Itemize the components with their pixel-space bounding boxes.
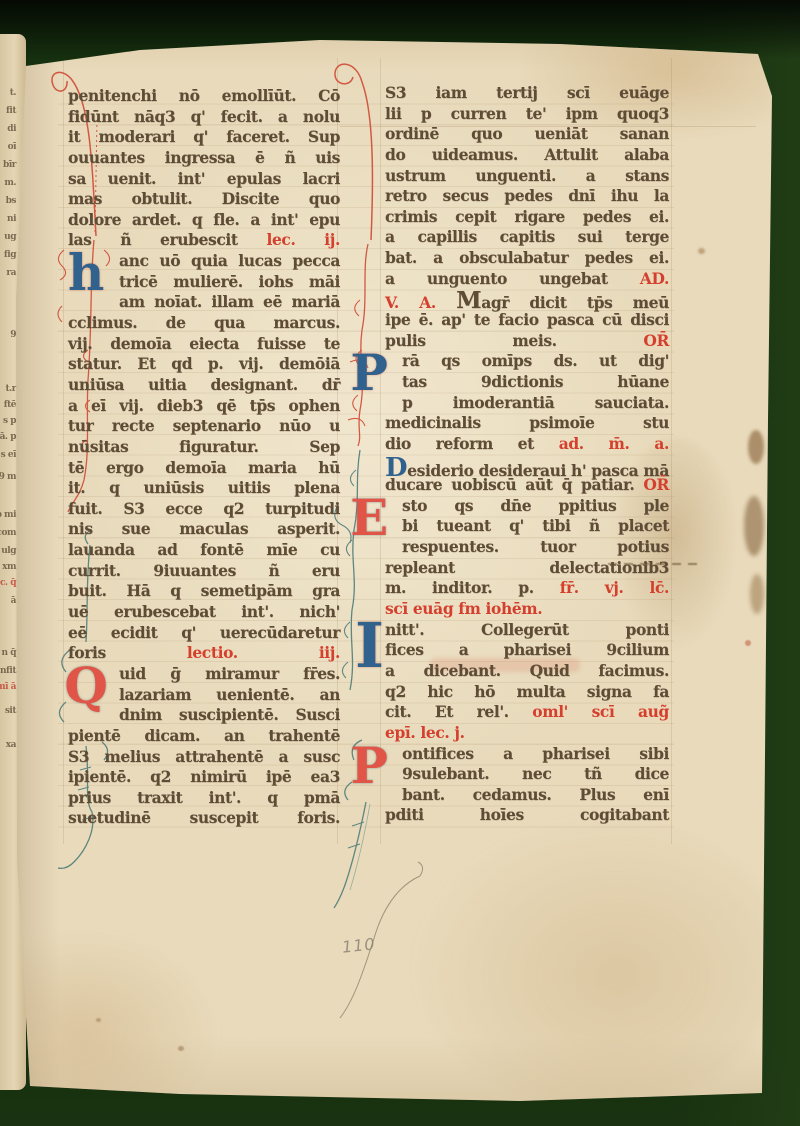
manuscript-line: a dicebant. Quid facimus.	[385, 661, 669, 682]
vertical-ruling	[671, 58, 672, 844]
body-text: dio reform et	[385, 434, 559, 453]
manuscript-line: cit. Et rel'. oml' scī aug̃	[385, 702, 669, 723]
manuscript-line: fuit. S3 ecce q2 turpitudi	[68, 499, 340, 520]
manuscript-line: it. q uniūsis uitiis plena	[68, 478, 340, 499]
manuscript-line: epī. lec. j.	[385, 723, 669, 744]
manuscript-line: eē ecidit q' uerecūdaretur	[68, 623, 340, 644]
body-text: lauanda ad fontē mīe cu	[68, 540, 340, 559]
facing-page-text-fragment: s eī	[1, 450, 16, 460]
manuscript-line: nūsitas figuratur. Sep	[68, 437, 340, 458]
facing-page-text-fragment: nfit	[0, 666, 16, 676]
facing-page-text-fragment: bs	[6, 196, 16, 206]
spot	[698, 248, 705, 254]
rubric-text: OR̄	[643, 475, 669, 494]
body-text: fuit. S3 ecce q2 turpitudi	[68, 499, 340, 518]
text-block: Esto qs dn̄e ppitius plebi tueant q' tib…	[385, 496, 669, 620]
body-text: buit. Hā q semetipām gra	[68, 581, 340, 600]
body-text: sto qs dn̄e ppitius ple	[402, 496, 669, 515]
body-text: sa uenit. int' epulas lacri	[68, 169, 340, 188]
body-text: tricē mulierē. iohs māi	[119, 272, 340, 291]
left-text-column: penitenchi nō emollīūt. Cōfidūnt nāq3 q'…	[68, 86, 340, 829]
manuscript-line: retro secus pedes dnī ihu la	[385, 186, 669, 207]
manuscript-line: fidūnt nāq3 q' fecit. a nolu	[68, 107, 340, 128]
facing-page-text-fragment: mī ā	[0, 682, 16, 692]
body-text: cit. Et rel'.	[385, 702, 532, 721]
body-text: dnim suscipientē. Susci	[119, 705, 340, 724]
manuscript-line: it moderari q' faceret. Sup	[68, 127, 340, 148]
manuscript-line: respuentes. tuor potius	[385, 537, 669, 558]
body-text: do uideamus. Attulit alaba	[385, 145, 669, 164]
manuscript-line: Desiderio desideraui h' pasca mā	[385, 455, 669, 476]
illuminated-initial: P	[341, 352, 397, 395]
manuscript-line: repleant delectationib3	[385, 558, 669, 579]
parchment-page: penitenchi nō emollīūt. Cōfidūnt nāq3 q'…	[0, 0, 800, 1126]
body-text: bant. cedamus. Plus enī	[402, 785, 669, 804]
manuscript-line: penitenchi nō emollīūt. Cō	[68, 86, 340, 107]
facing-page-text-fragment: ftē	[4, 400, 16, 410]
rubric-text: epī. lec. j.	[385, 723, 465, 742]
manuscript-line: prius traxit int'. q pmā	[68, 788, 340, 809]
edge-stain	[748, 430, 764, 464]
body-text: 9sulebant. nec tñ dice	[402, 764, 669, 783]
manuscript-line: lauanda ad fontē mīe cu	[68, 540, 340, 561]
body-text: uē erubescebat int'. nich'	[68, 602, 340, 621]
manuscript-line: ontifices a pharisei sibi	[385, 744, 669, 765]
stain-bottom-left	[0, 930, 220, 1120]
body-text: nis sue maculas asperit.	[68, 519, 340, 538]
manuscript-line: nitt'. Collegerūt ponti	[385, 620, 669, 641]
body-text: nūsitas figuratur. Sep	[68, 437, 340, 456]
manuscript-line: tur recte septenario nūo u	[68, 416, 340, 437]
manuscript-line: dio reform et ad. m̄. a.	[385, 434, 669, 455]
manuscript-line: buit. Hā q semetipām gra	[68, 581, 340, 602]
body-text: q2 hic hō multa signa fa	[385, 682, 669, 701]
vertical-ruling	[63, 58, 64, 844]
body-text: lii p curren te' ipm quoq3	[385, 104, 669, 123]
text-block: hanc uō quia lucas peccatricē mulierē. i…	[68, 251, 340, 664]
manuscript-line: am noīat. illam eē mariā	[68, 292, 340, 313]
manuscript-line: crimis cepit rigare pedes ei.	[385, 207, 669, 228]
body-text: a dicebant. Quid facimus.	[385, 661, 669, 680]
manuscript-line: ordinē quo ueniāt sanan	[385, 124, 669, 145]
manuscript-line: las ñ erubescit lec. ij.	[68, 230, 340, 251]
facing-page-text-fragment: n q̄	[2, 648, 16, 658]
manuscript-line: foris lectio. iij.	[68, 643, 340, 664]
manuscript-line: uniūsa uitia designant. dr̄	[68, 375, 340, 396]
body-text: medicinalis psimoīe stu	[385, 413, 669, 432]
edge-stain	[750, 574, 764, 614]
manuscript-line: S3 melius attrahentē a susc	[68, 747, 340, 768]
body-text: prius traxit int'. q pmā	[68, 788, 340, 807]
manuscript-line: S3 iam tertij scī euāge	[385, 83, 669, 104]
manuscript-line: uē erubescebat int'. nich'	[68, 602, 340, 623]
manuscript-line: ipientē. q2 nimirū ipē ea3	[68, 767, 340, 788]
manuscript-line: do uideamus. Attulit alaba	[385, 145, 669, 166]
rubric-text: fr̄. vj. lc̄.	[560, 578, 669, 597]
manuscript-line: a eī vij. dieb3 qē tp̄s ophen	[68, 396, 340, 417]
body-text: bi tueant q' tibi ñ placet	[402, 516, 669, 535]
body-text: ipe ē. ap' te facio pasca cū disci	[385, 310, 669, 329]
facing-page-text-fragment: ā. p	[0, 432, 16, 442]
manuscript-line: bant. cedamus. Plus enī	[385, 785, 669, 806]
body-text: pientē dicam. an trahentē	[68, 726, 340, 745]
manuscript-line: cclimus. de qua marcus.	[68, 313, 340, 334]
text-block: S3 iam tertij scī euāgelii p curren te' …	[385, 83, 669, 289]
manuscript-line: bat. a obsculabatur pedes ei.	[385, 248, 669, 269]
manuscript-line: medicinalis psimoīe stu	[385, 413, 669, 434]
manuscript-line: dnim suscipientē. Susci	[68, 705, 340, 726]
manuscript-line: currit. 9iuuantes ñ eru	[68, 561, 340, 582]
body-text: ordinē quo ueniāt sanan	[385, 124, 669, 143]
manuscript-line: pientē dicam. an trahentē	[68, 726, 340, 747]
facing-page-text-fragment: di	[7, 124, 16, 134]
manuscript-line: ipe ē. ap' te facio pasca cū disci	[385, 310, 669, 331]
facing-page-text-fragment: ra	[6, 268, 16, 278]
manuscript-photo: t.fitdioībīrm.bsniugfigra9t.rftēs pā. ps…	[0, 0, 800, 1126]
manuscript-line: nis sue maculas asperit.	[68, 519, 340, 540]
facing-page-text-fragment: ni	[7, 214, 16, 224]
manuscript-line: scī euāg fm iohēm.	[385, 599, 669, 620]
body-text: am noīat. illam eē mariā	[119, 292, 340, 311]
body-text: ouuantes ingressa ē ñ uis	[68, 148, 340, 167]
rubric-text: lectio. iij.	[187, 643, 340, 662]
body-text: pditi hoīes cogitabant	[385, 805, 669, 824]
body-text: pulis meis.	[385, 331, 643, 350]
rubric-text: oml' scī aug̃	[532, 702, 669, 721]
body-text: statur. Et qd p. vij. demōiā	[68, 354, 340, 373]
facing-page-text-fragment: t.r	[5, 384, 16, 394]
body-text: uniūsa uitia designant. dr̄	[68, 375, 340, 394]
spot	[96, 1018, 101, 1022]
text-block: Initt'. Collegerūt pontifices a pharisei…	[385, 620, 669, 744]
body-text: ustrum unguenti. a stans	[385, 166, 669, 185]
edge-stain	[744, 496, 764, 556]
facing-page-text-fragment: sit	[5, 706, 16, 716]
facing-page-text-fragment: xm	[2, 562, 16, 572]
spot	[745, 640, 751, 646]
manuscript-line: m. inditor. p. fr̄. vj. lc̄.	[385, 578, 669, 599]
body-text: ipientē. q2 nimirū ipē ea3	[68, 767, 340, 786]
manuscript-line: rā qs omīps ds. ut dig'	[385, 351, 669, 372]
manuscript-line: statur. Et qd p. vij. demōiā	[68, 354, 340, 375]
rubric-text: OR̄	[643, 331, 669, 350]
body-text: p imoderantiā sauciata.	[402, 393, 669, 412]
facing-page-text-fragment: fit	[6, 106, 16, 116]
folio-number-pencil: 110	[341, 934, 376, 956]
body-text: S3 iam tertij scī euāge	[385, 83, 669, 102]
manuscript-line: a capillis capitis sui terge	[385, 227, 669, 248]
text-block: Pontifices a pharisei sibi9sulebant. nec…	[385, 744, 669, 827]
body-text: it moderari q' faceret. Sup	[68, 127, 340, 146]
text-block: penitenchi nō emollīūt. Cōfidūnt nāq3 q'…	[68, 86, 340, 251]
body-text: rā qs omīps ds. ut dig'	[402, 351, 669, 370]
facing-page-text-fragment: xa	[6, 740, 16, 750]
manuscript-line: mas obtulit. Discite quo	[68, 189, 340, 210]
body-text: nitt'. Collegerūt ponti	[385, 620, 669, 639]
body-text: tē ergo demoīa maria hū	[68, 458, 340, 477]
manuscript-line: q2 hic hō multa signa fa	[385, 682, 669, 703]
manuscript-line: fices a pharisei 9cilium	[385, 640, 669, 661]
body-text: respuentes. tuor potius	[402, 537, 669, 556]
body-text: lazariam uenientē. an	[119, 685, 340, 704]
body-text: a capillis capitis sui terge	[385, 227, 669, 246]
body-text: uid ḡ miramur fr̄es.	[119, 664, 340, 683]
body-text: anc uō quia lucas pecca	[119, 251, 340, 270]
manuscript-line: 9sulebant. nec tñ dice	[385, 764, 669, 785]
manuscript-line: pditi hoīes cogitabant	[385, 805, 669, 826]
body-text: bat. a obsculabatur pedes ei.	[385, 248, 669, 267]
manuscript-line: lii p curren te' ipm quoq3	[385, 104, 669, 125]
body-text: ducare uobiscū aūt q̄ patiar.	[385, 475, 643, 494]
illuminated-initial: I	[355, 621, 375, 684]
manuscript-line: sto qs dn̄e ppitius ple	[385, 496, 669, 517]
body-text: retro secus pedes dnī ihu la	[385, 186, 669, 205]
manuscript-line: tē ergo demoīa maria hū	[68, 458, 340, 479]
illuminated-initial: Q	[58, 665, 114, 708]
vertical-ruling	[380, 58, 381, 844]
body-text: m. inditor. p.	[385, 578, 560, 597]
illuminated-initial: h	[58, 252, 114, 295]
body-text: S3 melius attrahentē a susc	[68, 747, 340, 766]
text-block: Prā qs omīps ds. ut dig'tas 9dictionis h…	[385, 351, 669, 454]
body-text: penitenchi nō emollīūt. Cō	[68, 86, 340, 105]
right-text-column: S3 iam tertij scī euāgelii p curren te' …	[385, 83, 669, 826]
facing-page-text-fragment: ug	[4, 232, 16, 242]
body-text: fidūnt nāq3 q' fecit. a nolu	[68, 107, 340, 126]
facing-page-text-fragment: 9 m	[0, 472, 16, 482]
text-block: V. A. Magr̄ dicit tp̄s meūipe ē. ap' te …	[385, 289, 669, 351]
body-text: a unguento ungebat	[385, 269, 640, 288]
manuscript-line: p imoderantiā sauciata.	[385, 393, 669, 414]
body-text: cclimus. de qua marcus.	[68, 313, 340, 332]
facing-page-text-fragment: oī	[8, 142, 16, 152]
body-text: it. q uniūsis uitiis plena	[68, 478, 340, 497]
facing-page-text-fragment: com	[0, 528, 16, 538]
body-text: crimis cepit rigare pedes ei.	[385, 207, 669, 226]
facing-page-text-fragment: c. q̄	[0, 578, 16, 588]
rubric-text: scī euāg fm iohēm.	[385, 599, 542, 618]
manuscript-line: ouuantes ingressa ē ñ uis	[68, 148, 340, 169]
manuscript-line: ustrum unguenti. a stans	[385, 166, 669, 187]
manuscript-line: tas 9dictionis hūane	[385, 372, 669, 393]
body-text: tur recte septenario nūo u	[68, 416, 340, 435]
body-text: suetudinē suscepit foris.	[68, 808, 340, 827]
facing-page-text-fragment: t.	[10, 88, 16, 98]
facing-page-text-fragment: b mi	[0, 510, 16, 520]
facing-page-text-fragment: fig	[4, 250, 16, 260]
rubric-text: AD.	[640, 269, 669, 288]
illuminated-initial: E	[341, 497, 397, 540]
stain-bottom-right	[414, 816, 784, 1106]
manuscript-line: suetudinē suscepit foris.	[68, 808, 340, 829]
body-text: dolore ardet. q fle. a int' epu	[68, 210, 340, 229]
manuscript-line: pulis meis. OR̄	[385, 331, 669, 352]
body-text: eē ecidit q' uerecūdaretur	[68, 623, 340, 642]
facing-page-text-fragment: ā	[11, 596, 16, 606]
body-text: repleant delectationib3	[385, 558, 669, 577]
manuscript-line: sa uenit. int' epulas lacri	[68, 169, 340, 190]
spot	[178, 1046, 184, 1051]
body-text: mas obtulit. Discite quo	[68, 189, 340, 208]
body-text: fices a pharisei 9cilium	[385, 640, 669, 659]
facing-page-text-fragment: bīr	[3, 160, 16, 170]
text-block: Quid ḡ miramur fr̄es.lazariam uenientē. …	[68, 664, 340, 829]
body-text: vij. demoīa eiecta fuisse te	[68, 334, 340, 353]
manuscript-line: ducare uobiscū aūt q̄ patiar. OR̄	[385, 475, 669, 496]
rubric-text: lec. ij.	[266, 230, 340, 249]
manuscript-line: bi tueant q' tibi ñ placet	[385, 516, 669, 537]
manuscript-line: V. A. Magr̄ dicit tp̄s meū	[385, 289, 669, 310]
manuscript-line: vij. demoīa eiecta fuisse te	[68, 334, 340, 355]
body-text: a eī vij. dieb3 qē tp̄s ophen	[68, 396, 340, 415]
facing-page-text-fragment: ulg	[1, 546, 16, 556]
manuscript-line: a unguento ungebat AD.	[385, 269, 669, 290]
body-text: currit. 9iuuantes ñ eru	[68, 561, 340, 580]
body-text: ontifices a pharisei sibi	[402, 744, 669, 763]
manuscript-line: dolore ardet. q fle. a int' epu	[68, 210, 340, 231]
facing-page-text-fragment: 9	[10, 330, 16, 340]
text-block: Desiderio desideraui h' pasca māducare u…	[385, 455, 669, 496]
illuminated-initial: P	[341, 745, 397, 788]
body-text: tas 9dictionis hūane	[402, 372, 669, 391]
facing-page-text-fragment: s p	[3, 416, 16, 426]
facing-page-text-fragment: m.	[4, 178, 16, 188]
rubric-text: ad. m̄. a.	[559, 434, 669, 453]
